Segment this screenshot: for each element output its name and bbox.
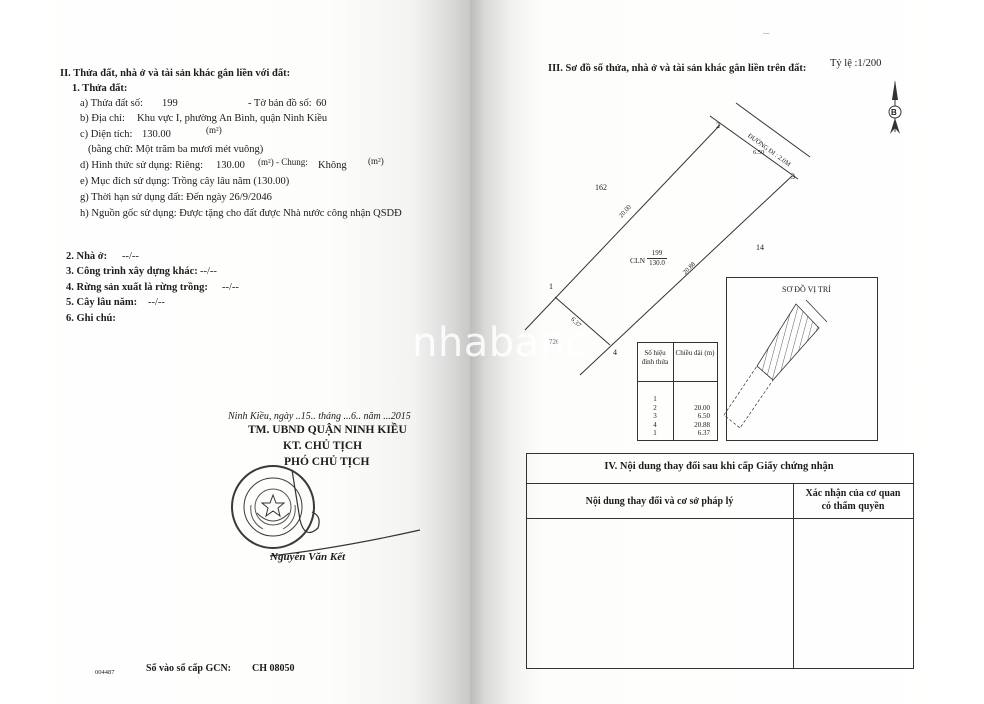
left-page: II. Thửa đất, nhà ở và tài sản khác gắn …: [0, 0, 470, 704]
registry-number: CH 08050: [252, 662, 295, 675]
watermark: nhabanc: [412, 320, 588, 366]
certificate-serial: 004487: [95, 666, 115, 679]
registry-label: Số vào sổ cấp GCN:: [146, 662, 231, 675]
changes-column-content: Nội dung thay đổi và cơ sở pháp lý: [526, 495, 793, 508]
official-seal-icon: [0, 0, 470, 704]
signer-name: Nguyễn Văn Kết: [270, 551, 345, 564]
changes-content-cell: [526, 519, 792, 666]
changes-authority-cell: [794, 519, 912, 666]
changes-column-authority-line2: có thẩm quyền: [794, 500, 912, 513]
changes-column-authority-line1: Xác nhận của cơ quan: [794, 487, 912, 500]
changes-table-title: IV. Nội dung thay đổi sau khi cấp Giấy c…: [526, 460, 912, 473]
